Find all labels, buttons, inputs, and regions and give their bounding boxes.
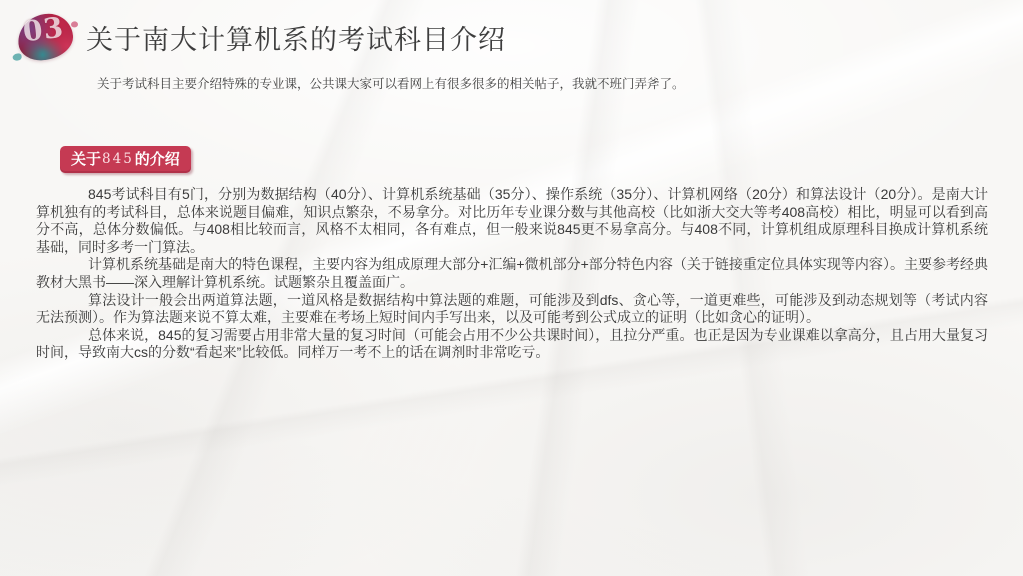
watercolor-splash-icon: 03 [16, 11, 76, 63]
body-paragraph: 845考试科目有5门，分别为数据结构（40分）、计算机系统基础（35分）、操作系… [36, 186, 988, 256]
section-number: 03 [21, 14, 65, 47]
subtitle: 关于考试科目主要介绍特殊的专业课，公共课大家可以看网上有很多很多的相关帖子，我就… [97, 76, 685, 92]
badge-suffix: 的介绍 [135, 152, 180, 167]
presentation-slide: 03 关于南大计算机系的考试科目介绍 关于考试科目主要介绍特殊的专业课，公共课大… [0, 0, 1023, 576]
body-paragraph: 总体来说，845的复习需要占用非常大量的复习时间（可能会占用不少公共课时间），且… [36, 327, 988, 362]
body-text-block: 845考试科目有5门，分别为数据结构（40分）、计算机系统基础（35分）、操作系… [36, 186, 988, 362]
badge-prefix: 关于 [71, 152, 101, 167]
body-paragraph: 算法设计一般会出两道算法题，一道风格是数据结构中算法题的难题，可能涉及到dfs、… [36, 292, 988, 327]
slide-header: 03 关于南大计算机系的考试科目介绍 [0, 0, 1023, 70]
body-paragraph: 计算机系统基础是南大的特色课程，主要内容为组成原理大部分+汇编+微机部分+部分特… [36, 256, 988, 291]
badge-number: 845 [102, 153, 134, 167]
page-title: 关于南大计算机系的考试科目介绍 [86, 25, 506, 55]
section-badge: 关于 845 的介绍 [60, 146, 191, 173]
